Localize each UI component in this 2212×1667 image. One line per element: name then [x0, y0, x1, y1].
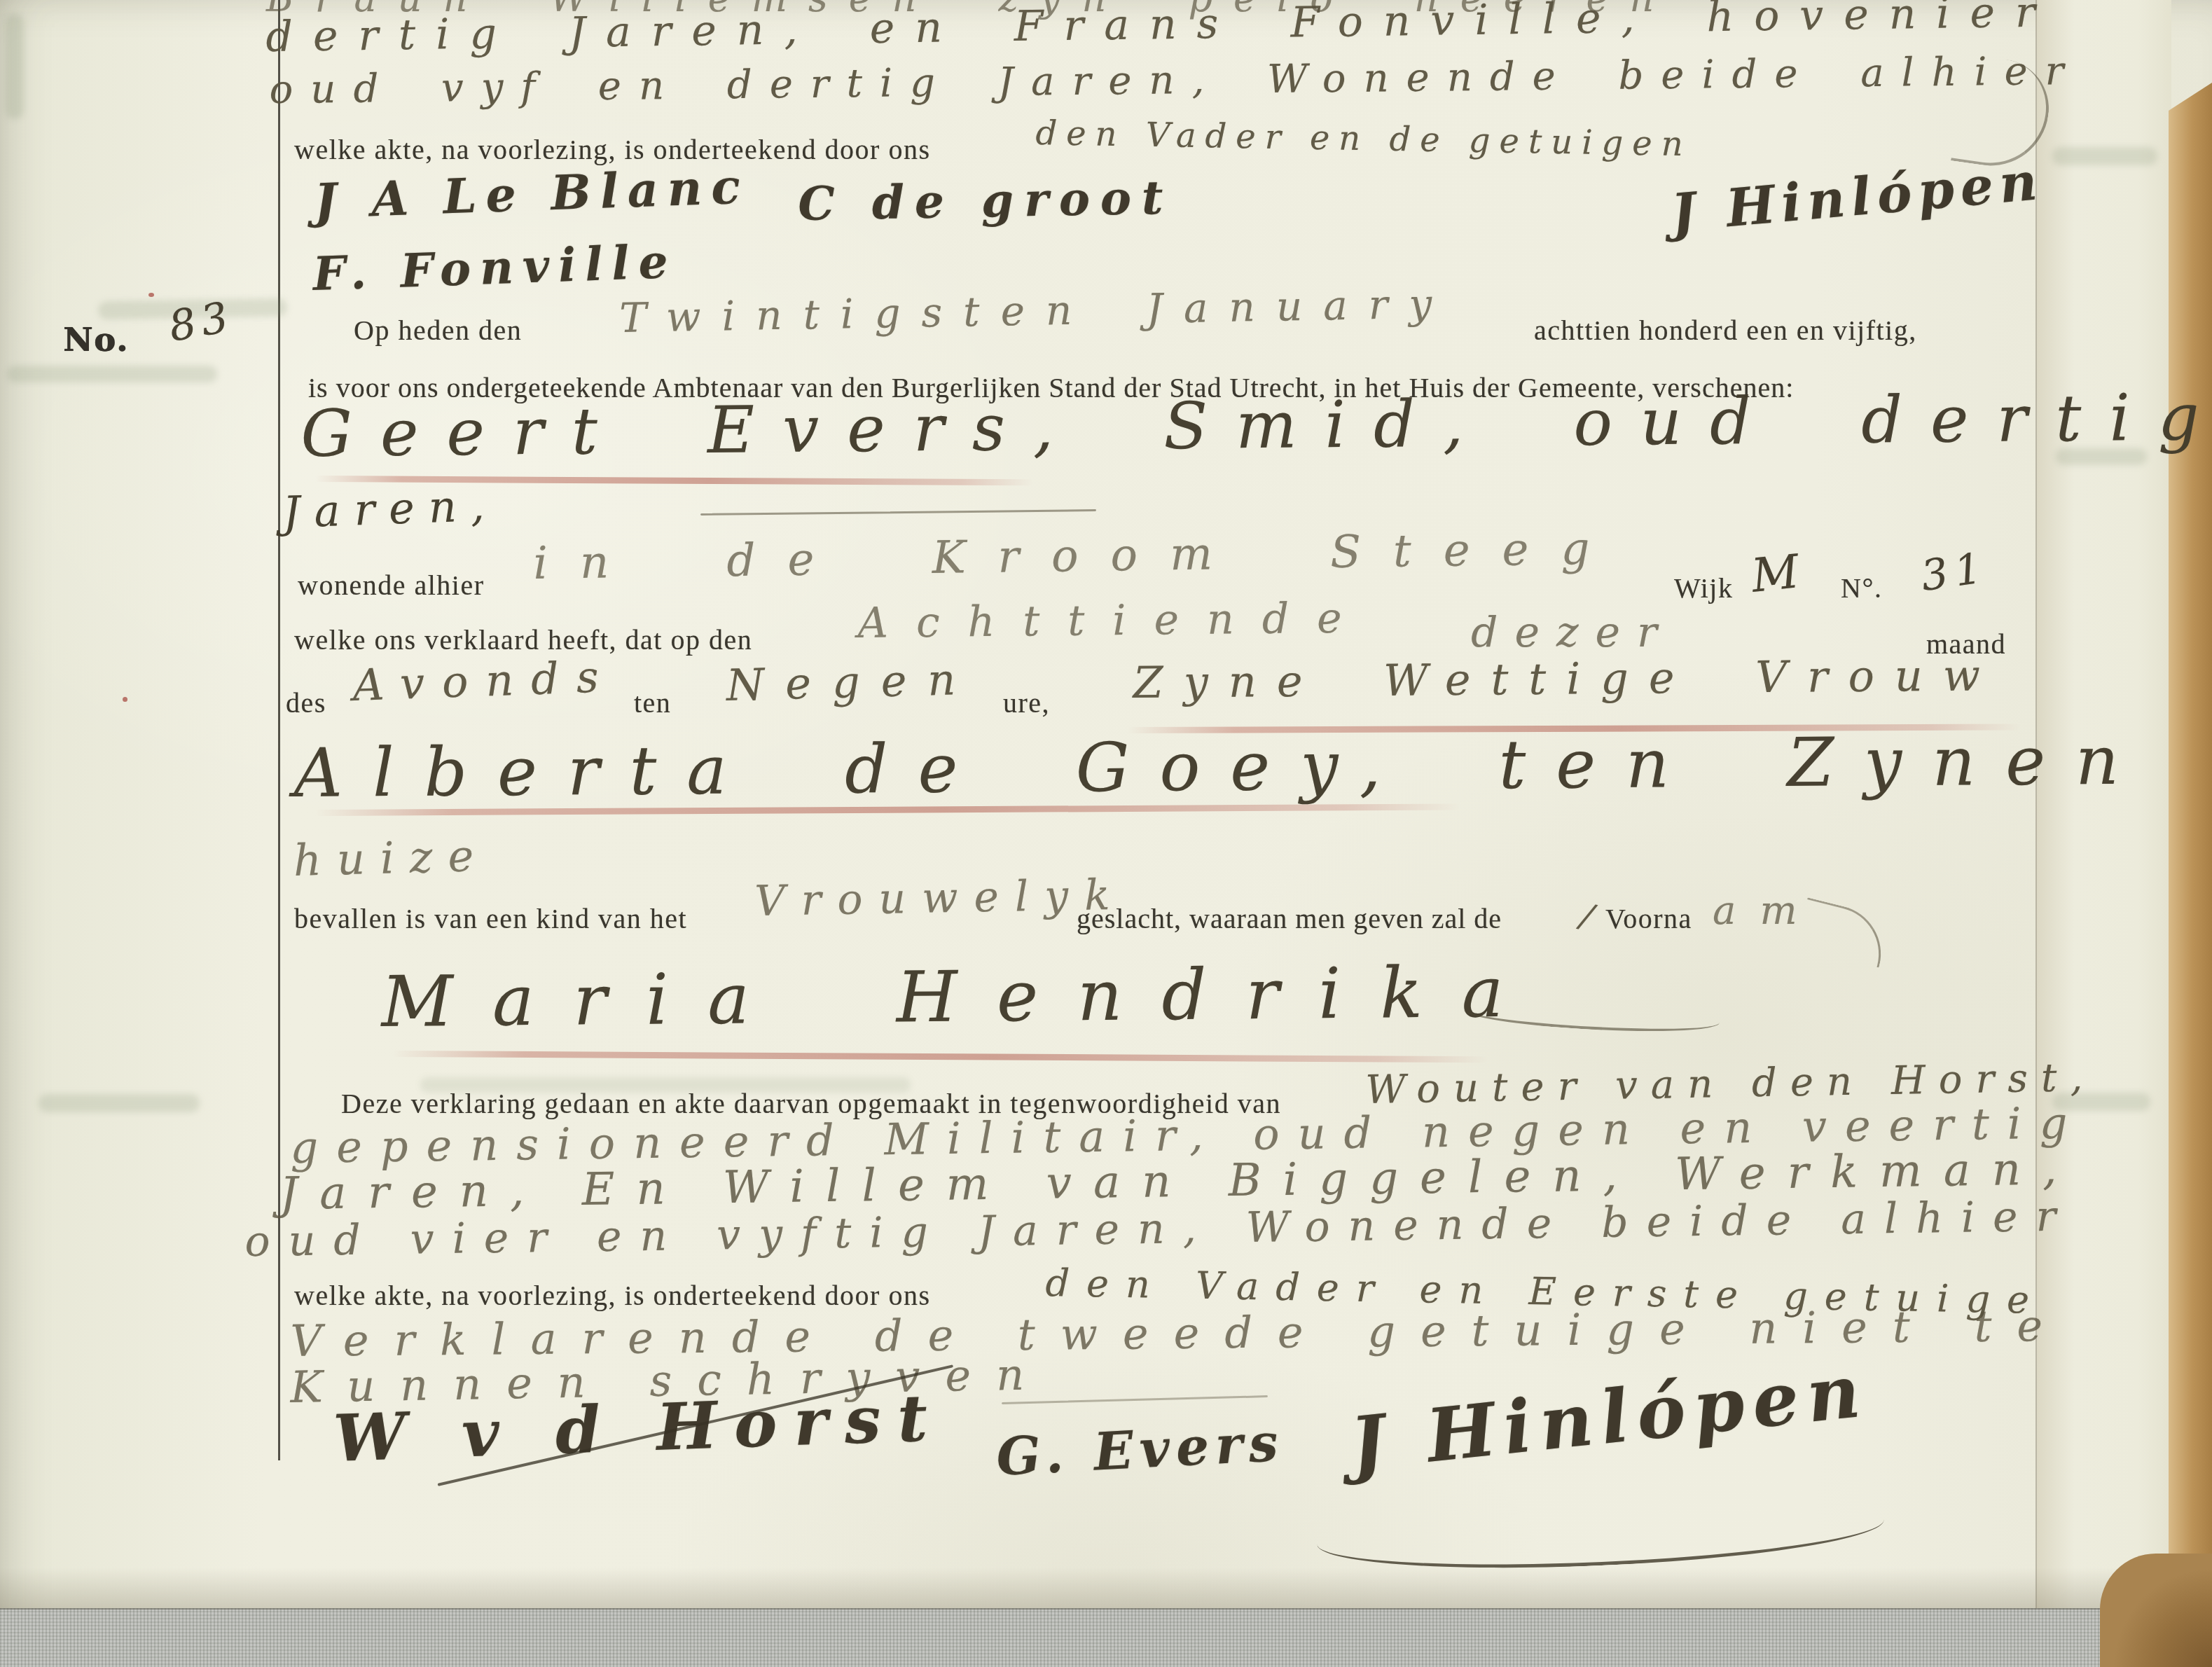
handwritten-hour: Negen	[726, 653, 977, 711]
handwritten-dezer: dezer	[1471, 608, 1674, 657]
bleed-through-mark	[7, 366, 217, 382]
printed-wonende-alhier: wonende alhier	[298, 569, 484, 602]
handwritten-declarant-continued: Jaren,	[282, 479, 499, 538]
table-fabric	[0, 1608, 2212, 1667]
handwritten-sex: Vrouwelyk	[754, 871, 1126, 926]
handwritten-daypart: Avonds	[352, 651, 616, 711]
handwritten-mother-intro: Zyne Wettige Vrouw	[1133, 649, 2000, 708]
printed-wijk: Wijk	[1674, 572, 1733, 604]
ink-speck	[148, 293, 154, 297]
ink-speck	[123, 697, 127, 702]
printed-declaration: welke ons verklaard heeft, dat op den	[294, 623, 752, 656]
printed-geslacht: geslacht, waaraan men geven zal de	[1077, 902, 1502, 935]
bleed-through-mark	[2052, 147, 2157, 165]
bleed-through-mark	[39, 1094, 200, 1112]
prior-act-closing-printed: welke akte, na voorlezing, is onderteeke…	[294, 133, 930, 166]
handwritten-house-number: 31	[1918, 543, 1991, 601]
signature-de-groot: C de groot	[798, 170, 1174, 231]
bleed-through-mark	[6, 14, 24, 119]
printed-ten: ten	[634, 686, 671, 719]
handwritten-mother-name: Alberta de Goey, ten Zynen	[293, 721, 2149, 812]
printed-number-label: N°.	[1841, 572, 1882, 604]
printed-voorna: Voorna	[1605, 902, 1692, 935]
book-corner	[2100, 1554, 2212, 1667]
printed-bevallen: bevallen is van een kind van het	[294, 902, 687, 935]
handwritten-day: Achttiende	[857, 593, 1370, 648]
printed-closing: welke akte, na voorlezing, is onderteeke…	[294, 1279, 930, 1312]
book-fore-edge	[2169, 83, 2212, 1667]
handwritten-huize: huize	[293, 830, 490, 886]
printed-op-heden-den: Op heden den	[354, 314, 522, 347]
printed-year: achttien honderd een en vijftig,	[1534, 314, 1917, 347]
handwritten-child-name: Maria Hendrika	[381, 951, 1543, 1043]
handwritten-wijk-letter: M	[1749, 544, 1802, 603]
next-page-edge	[2037, 0, 2171, 1667]
scanned-birth-record: Braun Willemsen zyn pelo heeren dertig J…	[0, 0, 2212, 1667]
printed-ure: ure,	[1003, 686, 1050, 719]
act-number-label: No.	[63, 321, 129, 359]
page-bottom-shadow	[0, 1568, 2212, 1608]
printed-des: des	[286, 686, 326, 719]
